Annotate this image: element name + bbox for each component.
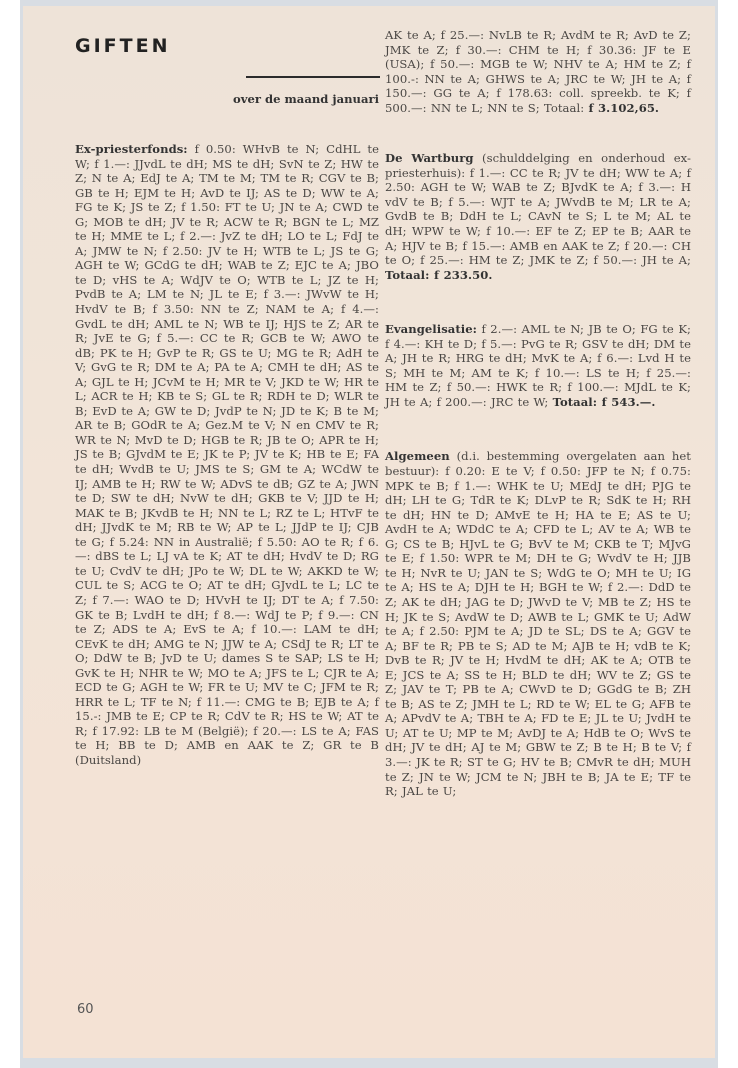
page-subtitle: over de maand januari (187, 92, 379, 106)
section-heading: De Wartburg (385, 151, 474, 165)
right-column: AK te A; f 25.—: NvLB te R; AvdM te R; A… (385, 28, 691, 799)
section-total: f 3.102,65. (588, 101, 659, 115)
section-body: (schulddelging en onderhoud ex-priesterh… (385, 151, 691, 267)
section-body: f 0.50: WHvB te N; CdHL te W; f 1.—: JJv… (75, 142, 379, 767)
section-heading: Algemeen (385, 449, 450, 463)
section-body: (d.i. bestemming overgelaten aan het bes… (385, 449, 691, 798)
section-ex-priesterfonds: Ex-priesterfonds: f 0.50: WHvB te N; CdH… (75, 142, 379, 768)
spacer (385, 282, 691, 322)
section-heading: Ex-priesterfonds: (75, 142, 188, 156)
section-algemeen: Algemeen (d.i. bestemming overgelaten aa… (385, 449, 691, 798)
spacer (385, 409, 691, 449)
page-number: 60 (77, 1002, 94, 1017)
document-page: GIFTEN over de maand januari Ex-priester… (23, 6, 715, 1058)
spacer (385, 115, 691, 151)
title-rule (246, 76, 380, 78)
section-total: Totaal: f 233.50. (385, 268, 492, 282)
page-title: GIFTEN (75, 35, 170, 57)
section-evangelisatie: Evangelisatie: f 2.—: AML te N; JB te O;… (385, 322, 691, 409)
section-ex-priesterfonds-continued: AK te A; f 25.—: NvLB te R; AvdM te R; A… (385, 28, 691, 115)
section-total: Totaal: f 543.—. (553, 395, 656, 409)
section-de-wartburg: De Wartburg (schulddelging en onderhoud … (385, 151, 691, 282)
section-heading: Evangelisatie: (385, 322, 477, 336)
